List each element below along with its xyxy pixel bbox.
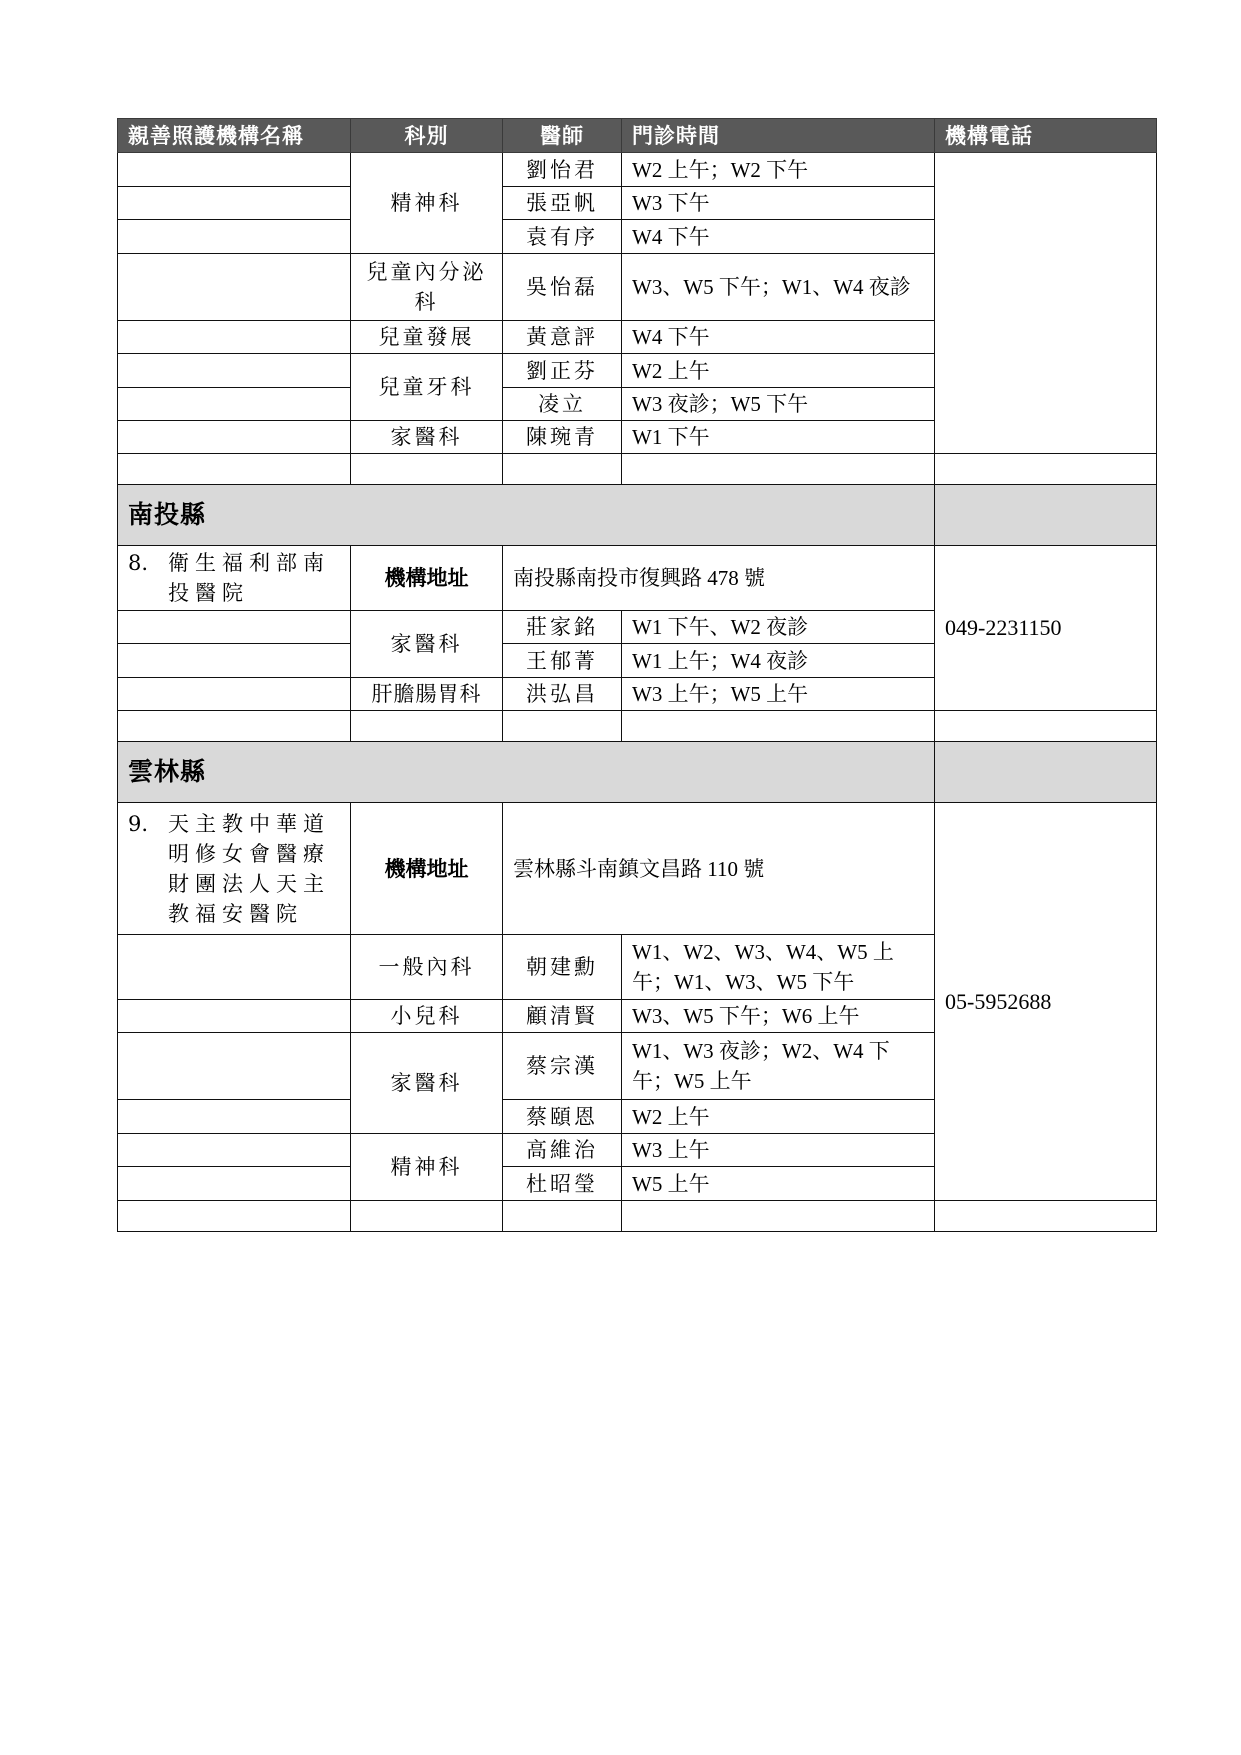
empty-cell [351,1201,503,1232]
institution-row: 9.天主教中華道 明修女會醫療 財團法人天主 教福安醫院 機構地址 雲林縣斗南鎮… [118,803,1157,935]
institution-name-line: 教福安醫院 [128,899,340,929]
institution-name-line: 明修女會醫療 [128,839,340,869]
hours-line: W1、W2、W3、W4、W5 上 [632,937,924,967]
hours-cell: W2 上午；W2 下午 [622,153,935,187]
institution-cell [118,254,351,321]
spacer-row [118,711,1157,742]
empty-cell [118,454,351,485]
empty-cell [622,1201,935,1232]
doctor-cell: 張亞帆 [503,187,622,220]
empty-cell [118,1201,351,1232]
doctor-cell: 劉正芬 [503,354,622,388]
hours-cell: W2 上午 [622,354,935,388]
institution-name-line: 投醫院 [128,578,340,608]
region-row-yunlin: 雲林縣 [118,742,1157,803]
institution-cell [118,935,351,1000]
institution-cell [118,1134,351,1167]
hours-cell: W1、W2、W3、W4、W5 上 午；W1、W3、W5 下午 [622,935,935,1000]
department-cell: 家醫科 [351,611,503,678]
institution-name-line: 天主教中華道 [168,812,330,836]
empty-cell [503,1201,622,1232]
hours-line: W1、W3 夜診；W2、W4 下 [632,1036,924,1066]
doctor-cell: 劉怡君 [503,153,622,187]
empty-cell [935,485,1157,546]
department-cell: 精神科 [351,153,503,254]
institution-cell [118,321,351,354]
empty-cell [935,454,1157,485]
institution-cell [118,421,351,454]
region-row-nantou: 南投縣 [118,485,1157,546]
doctor-cell: 袁有序 [503,220,622,254]
header-phone: 機構電話 [935,119,1157,153]
department-cell: 兒童發展 [351,321,503,354]
doctor-cell: 莊家銘 [503,611,622,644]
empty-cell [935,1201,1157,1232]
empty-cell [622,454,935,485]
table-header-row: 親善照護機構名稱 科別 醫師 門診時間 機構電話 [118,119,1157,153]
phone-cell: 05-5952688 [935,803,1157,1201]
department-cell: 肝膽腸胃科 [351,678,503,711]
institution-number: 9. [128,809,168,839]
institution-cell [118,678,351,711]
department-cell: 家醫科 [351,421,503,454]
hours-cell: W1 上午；W4 夜診 [622,644,935,678]
hours-cell: W3、W5 下午；W1、W4 夜診 [622,254,935,321]
header-institution-name: 親善照護機構名稱 [118,119,351,153]
table-row: 精神科 劉怡君 W2 上午；W2 下午 [118,153,1157,187]
hours-cell: W1 下午 [622,421,935,454]
institution-name-line: 財團法人天主 [128,869,340,899]
region-heading: 南投縣 [118,485,935,546]
spacer-row [118,1201,1157,1232]
empty-cell [503,454,622,485]
header-department: 科別 [351,119,503,153]
department-cell: 兒童牙科 [351,354,503,421]
hours-cell: W2 上午 [622,1100,935,1134]
region-heading: 雲林縣 [118,742,935,803]
institution-name-cell: 8.衛生福利部南 投醫院 [118,546,351,611]
department-cell: 家醫科 [351,1033,503,1134]
doctor-cell: 凌立 [503,388,622,421]
doctor-cell: 顧清賢 [503,1000,622,1033]
institution-cell [118,153,351,187]
clinic-schedule-table: 親善照護機構名稱 科別 醫師 門診時間 機構電話 精神科 劉怡君 W2 上午；W… [117,118,1157,1232]
empty-cell [935,742,1157,803]
doctor-cell: 朝建勳 [503,935,622,1000]
institution-name-cell: 9.天主教中華道 明修女會醫療 財團法人天主 教福安醫院 [118,803,351,935]
document-page: 親善照護機構名稱 科別 醫師 門診時間 機構電話 精神科 劉怡君 W2 上午；W… [0,0,1241,1755]
empty-cell [935,711,1157,742]
hours-cell: W3 下午 [622,187,935,220]
empty-cell [118,711,351,742]
hours-cell: W1 下午、W2 夜診 [622,611,935,644]
department-cell: 兒童內分泌科 [351,254,503,321]
hours-cell: W3 夜診；W5 下午 [622,388,935,421]
spacer-row [118,454,1157,485]
hours-cell: W3 上午；W5 上午 [622,678,935,711]
hours-cell: W3 上午 [622,1134,935,1167]
doctor-cell: 吳怡磊 [503,254,622,321]
hours-line: 午；W5 上午 [632,1066,924,1096]
header-doctor: 醫師 [503,119,622,153]
institution-cell [118,644,351,678]
department-cell: 一般內科 [351,935,503,1000]
empty-cell [351,711,503,742]
empty-cell [351,454,503,485]
header-clinic-hours: 門診時間 [622,119,935,153]
institution-cell [118,1033,351,1100]
institution-cell [118,611,351,644]
doctor-cell: 蔡頤恩 [503,1100,622,1134]
institution-number: 8. [128,548,168,578]
institution-cell [118,220,351,254]
doctor-cell: 高維治 [503,1134,622,1167]
empty-cell [503,711,622,742]
phone-cell: 049-2231150 [935,546,1157,711]
doctor-cell: 杜昭瑩 [503,1167,622,1201]
hours-cell: W4 下午 [622,220,935,254]
hours-cell: W1、W3 夜診；W2、W4 下 午；W5 上午 [622,1033,935,1100]
doctor-cell: 洪弘昌 [503,678,622,711]
institution-row: 8.衛生福利部南 投醫院 機構地址 南投縣南投市復興路 478 號 049-22… [118,546,1157,611]
address-value: 雲林縣斗南鎮文昌路 110 號 [503,803,935,935]
hours-line: 午；W1、W3、W5 下午 [632,967,924,997]
institution-cell [118,388,351,421]
doctor-cell: 陳琬青 [503,421,622,454]
institution-cell [118,1000,351,1033]
empty-cell [622,711,935,742]
institution-cell [118,1167,351,1201]
doctor-cell: 王郁菁 [503,644,622,678]
institution-cell [118,187,351,220]
institution-cell [118,354,351,388]
hours-cell: W5 上午 [622,1167,935,1201]
address-label: 機構地址 [351,546,503,611]
department-cell: 精神科 [351,1134,503,1201]
doctor-cell: 黃意評 [503,321,622,354]
address-value: 南投縣南投市復興路 478 號 [503,546,935,611]
phone-cell [935,153,1157,454]
doctor-cell: 蔡宗漢 [503,1033,622,1100]
hours-cell: W4 下午 [622,321,935,354]
address-label: 機構地址 [351,803,503,935]
department-cell: 小兒科 [351,1000,503,1033]
hours-cell: W3、W5 下午；W6 上午 [622,1000,935,1033]
institution-cell [118,1100,351,1134]
institution-name-line: 衛生福利部南 [168,551,330,575]
